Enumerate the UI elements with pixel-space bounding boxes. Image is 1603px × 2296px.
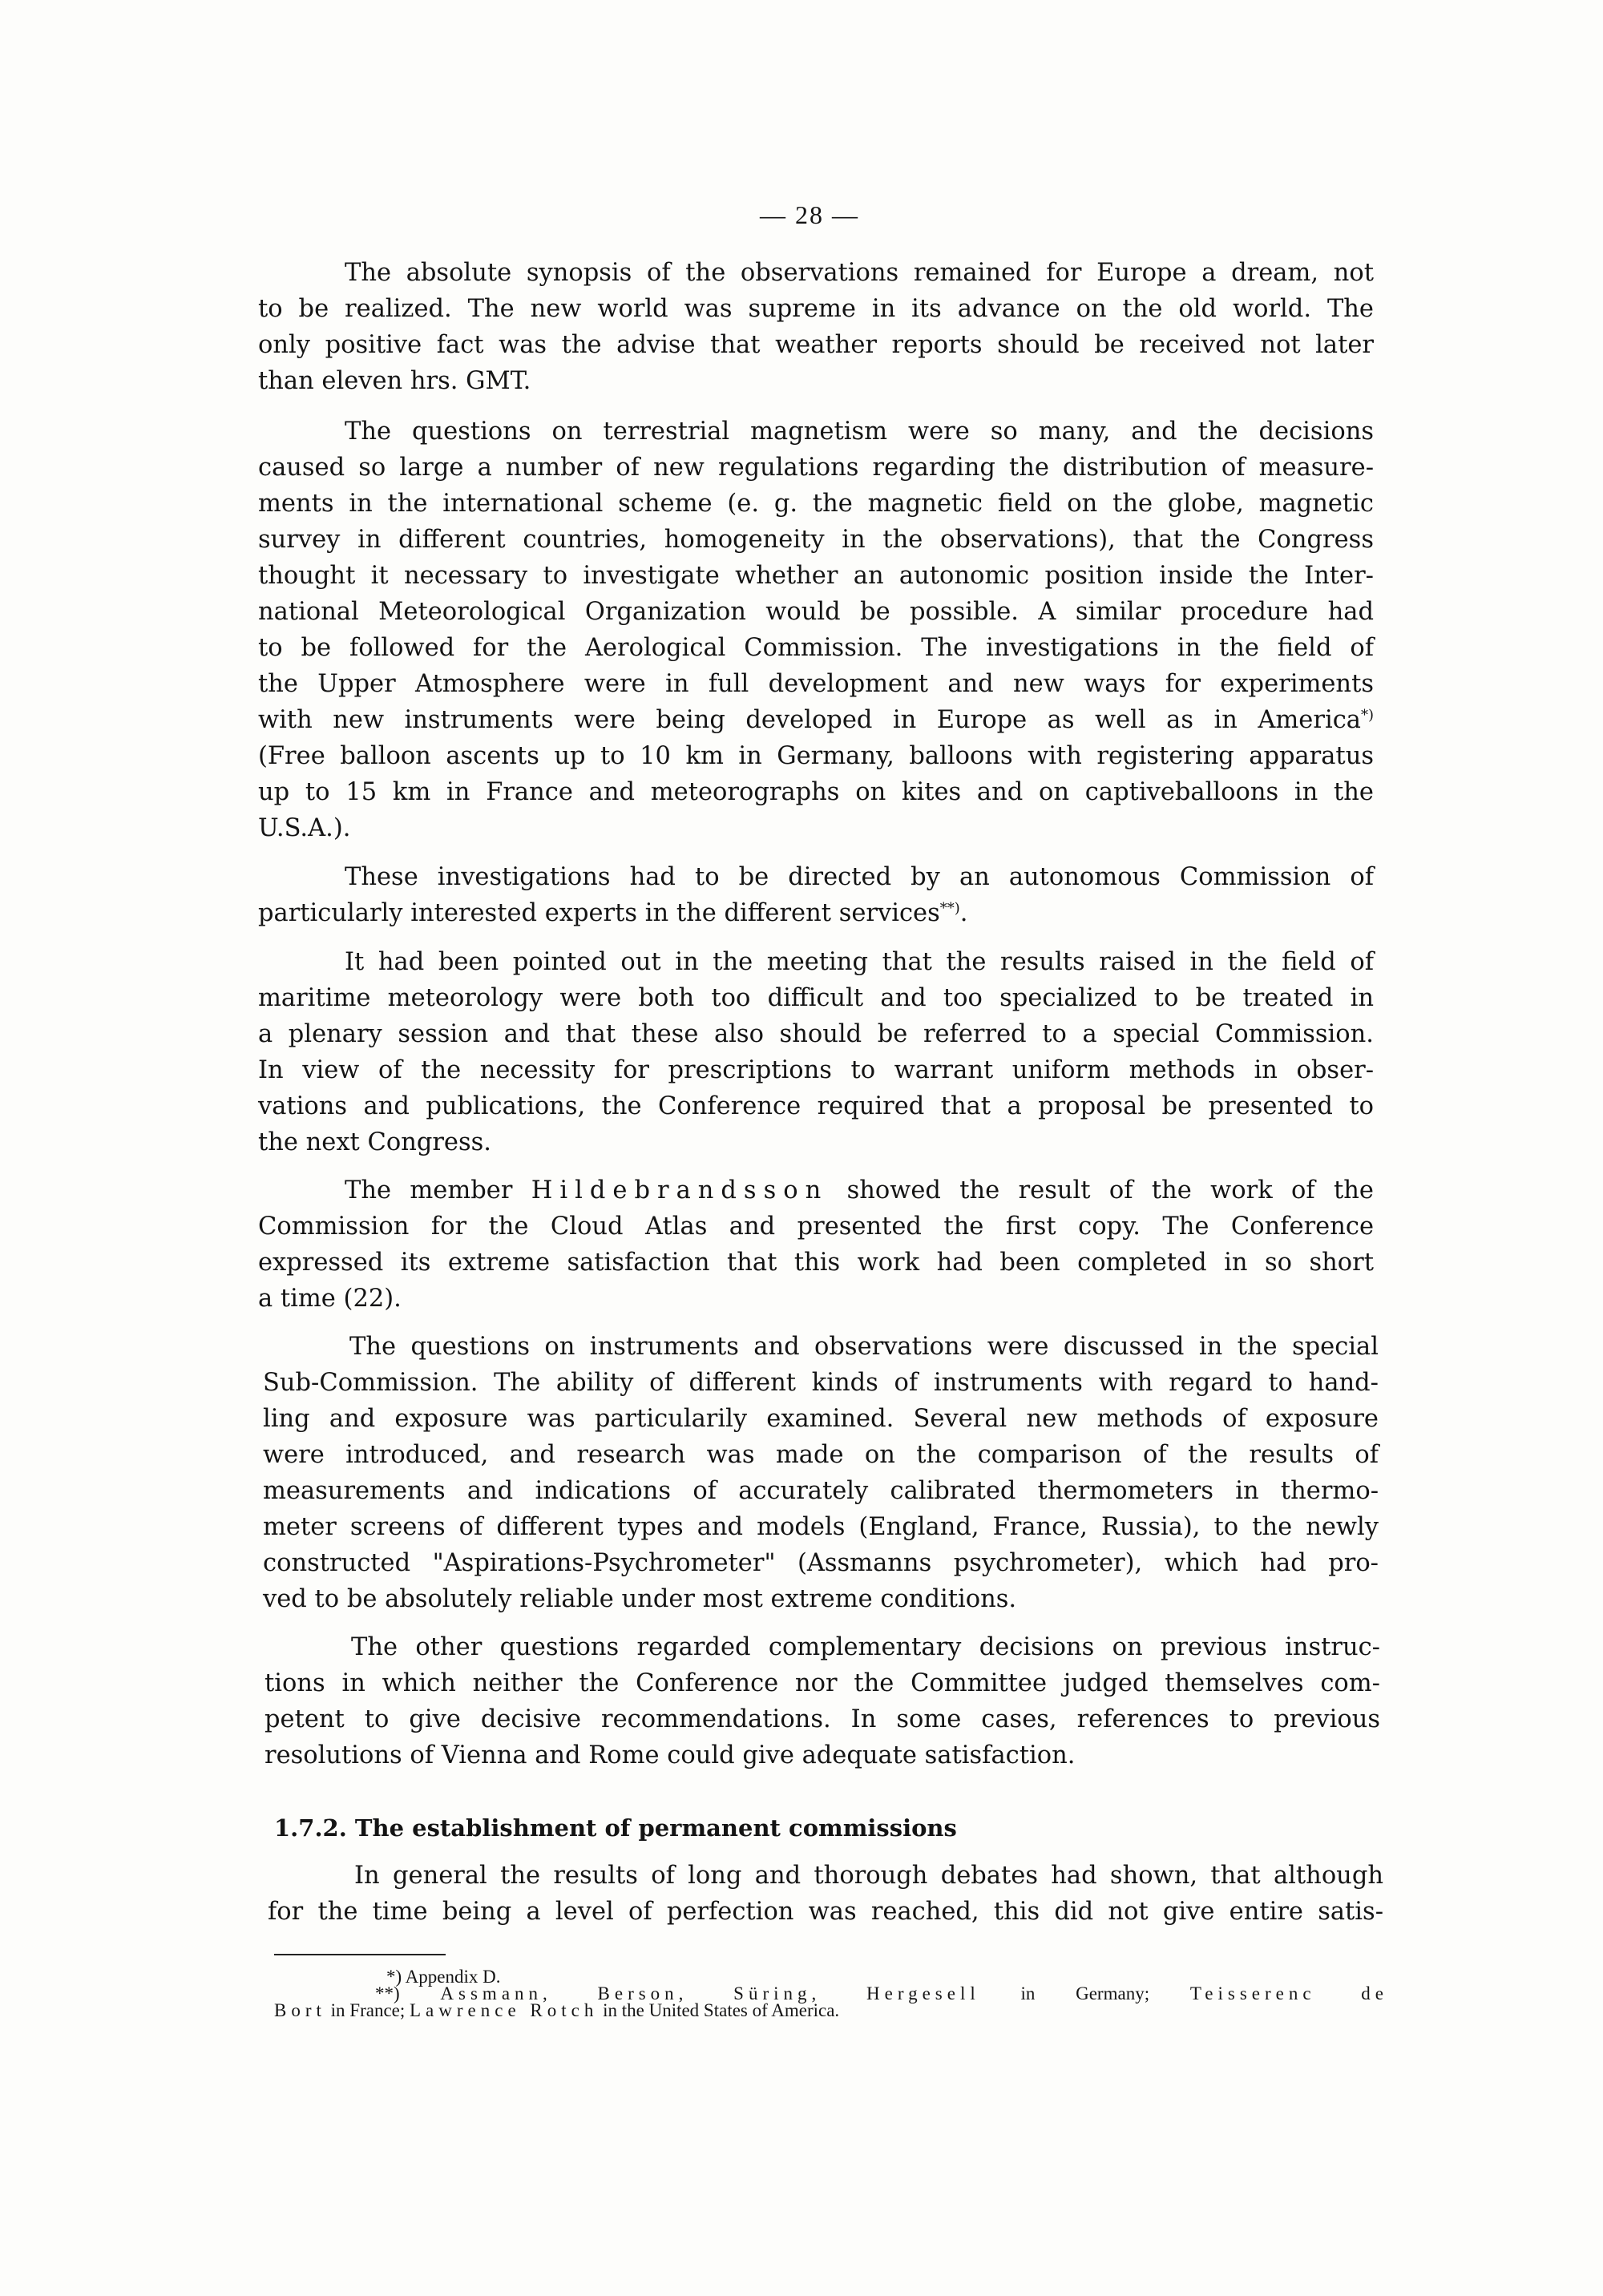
text-line: the next Congress.	[258, 1124, 1374, 1160]
text-line: It had been pointed out in the meeting t…	[258, 944, 1374, 980]
text-line: measurements and indications of accurate…	[263, 1473, 1379, 1509]
text-line: up to 15 km in France and meteorographs …	[258, 774, 1374, 810]
text-line: maritime meteorology were both too diffi…	[258, 980, 1374, 1016]
paragraph-4: It had been pointed out in the meeting t…	[258, 944, 1374, 1160]
text-line: Commission for the Cloud Atlas and prese…	[258, 1209, 1374, 1245]
text-line-tail: .	[960, 899, 968, 927]
person-name: Hildebrandsson	[531, 1176, 828, 1204]
text-line: In general the results of long and thoro…	[268, 1858, 1383, 1894]
paragraph-1: The absolute synopsis of the observation…	[258, 255, 1374, 399]
text-line: caused so large a number of new regulati…	[258, 450, 1374, 486]
text-line: tions in which neither the Conference no…	[264, 1665, 1380, 1701]
text-line: than eleven hrs. GMT.	[258, 363, 1374, 399]
footnote-text: in Germany;	[980, 1983, 1190, 2003]
footnote-2-continued: Bort in France; Lawrence Rotch in the Un…	[274, 2002, 1388, 2019]
text-line: ling and exposure was particularily exam…	[263, 1401, 1379, 1437]
section-paragraph: In general the results of long and thoro…	[268, 1858, 1383, 1930]
paragraph-2: The questions on terrestrial magnetism w…	[258, 414, 1374, 846]
footnote-names: Lawrence Rotch	[410, 2000, 598, 2020]
text-line: In view of the necessity for prescriptio…	[258, 1052, 1374, 1088]
text-line: thought it necessary to investigate whet…	[258, 558, 1374, 594]
text-line: The absolute synopsis of the observation…	[258, 255, 1374, 291]
text-line: the Upper Atmosphere were in full develo…	[258, 666, 1374, 702]
text-line-post: showed the result of the work of the	[828, 1176, 1374, 1204]
text-line: with new instruments were being develope…	[258, 702, 1374, 738]
footnote-text: in the United States of America.	[598, 2000, 839, 2020]
page-number: — 28 —	[0, 200, 1603, 230]
text-line: meter screens of different types and mod…	[263, 1509, 1379, 1545]
paragraph-7: The other questions regarded complementa…	[264, 1629, 1380, 1773]
text-line-content: particularly interested experts in the d…	[258, 899, 940, 927]
text-line: The member Hildebrandsson showed the res…	[258, 1172, 1374, 1209]
text-line: The questions on terrestrial magnetism w…	[258, 414, 1374, 450]
text-line: to be realized. The new world was suprem…	[258, 291, 1374, 327]
text-line: ments in the international scheme (e. g.…	[258, 486, 1374, 522]
text-line: constructed "Aspirations-Psychrometer" (…	[263, 1545, 1379, 1581]
text-line: were introduced, and research was made o…	[263, 1437, 1379, 1473]
paragraph-3: These investigations had to be directed …	[258, 859, 1374, 931]
text-line: a plenary session and that these also sh…	[258, 1016, 1374, 1052]
text-line: petent to give decisive recommendations.…	[264, 1701, 1380, 1737]
text-line: Sub-Commission. The ability of different…	[263, 1365, 1379, 1401]
footnote-2: **) Assmann, Berson, Süring, Hergesell i…	[274, 1985, 1388, 2002]
footnote-marker-1: *)	[1361, 707, 1374, 724]
text-line: resolutions of Vienna and Rome could giv…	[264, 1737, 1380, 1773]
text-line: U.S.A.).	[258, 810, 1374, 846]
footnote-names: Teisserenc de	[1190, 1983, 1388, 2003]
text-line: expressed its extreme satisfaction that …	[258, 1245, 1374, 1281]
text-line: ved to be absolutely reliable under most…	[263, 1581, 1379, 1617]
text-line-pre: The member	[345, 1176, 531, 1204]
footnote-text: in France;	[326, 2000, 410, 2020]
footnote-divider	[274, 1954, 446, 1955]
text-line-content: with new instruments were being develope…	[258, 706, 1361, 734]
footnote-names: Bort	[274, 2000, 326, 2020]
paragraph-5: The member Hildebrandsson showed the res…	[258, 1172, 1374, 1317]
text-line: for the time being a level of perfection…	[268, 1894, 1383, 1930]
text-line: vations and publications, the Conference…	[258, 1088, 1374, 1124]
text-line: to be followed for the Aerological Commi…	[258, 630, 1374, 666]
text-line: only positive fact was the advise that w…	[258, 327, 1374, 363]
paragraph-6: The questions on instruments and observa…	[263, 1329, 1379, 1617]
footnote-1: *) Appendix D.	[274, 1968, 1388, 1985]
text-line: The questions on instruments and observa…	[263, 1329, 1379, 1365]
text-line: national Meteorological Organization wou…	[258, 594, 1374, 630]
text-line: particularly interested experts in the d…	[258, 895, 1374, 931]
footnotes: *) Appendix D. **) Assmann, Berson, Süri…	[274, 1968, 1388, 2019]
text-line: The other questions regarded complementa…	[264, 1629, 1380, 1665]
text-line: These investigations had to be directed …	[258, 859, 1374, 895]
text-line: a time (22).	[258, 1281, 1374, 1317]
section-heading: 1.7.2. The establishment of permanent co…	[274, 1814, 957, 1842]
footnote-marker-2: **)	[940, 900, 960, 917]
text-line: (Free balloon ascents up to 10 km in Ger…	[258, 738, 1374, 774]
text-line: survey in different countries, homogenei…	[258, 522, 1374, 558]
